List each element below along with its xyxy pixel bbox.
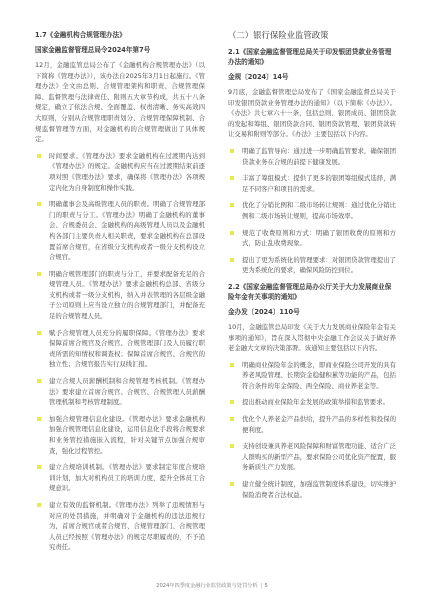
footer-title: 2024年四季度金融行业监管政策与处罚分析 (156, 583, 257, 589)
list-item: 建立合规人员薪酬机制和合规管理考核机制。《管理办法》要求建立首席合规官、合规官、… (35, 376, 205, 408)
list-item: 优化个人养老金产品供给，提升产品的多样性和投保的便利度。 (228, 414, 396, 435)
section-title: （二）银行保险业监管政策 (228, 30, 396, 41)
list-item: 规范了收费原则和方式：明确了银团收费的原则和方式，防止乱收费现象。 (228, 228, 396, 249)
bullet-square-icon (37, 154, 41, 158)
bullet-square-icon (230, 203, 234, 207)
list-item: 明确董事会及高级管理人员的职责。明确了合规管理部门的职责与分工。《管理办法》明确… (35, 199, 205, 263)
bullet-square-icon (37, 379, 41, 383)
list-item: 时间要求。《管理办法》要求金融机构在过渡期内达到《管理办法》的规定。金融机构应当… (35, 151, 205, 193)
item-title-1-7: 1.7《金融机构合规管理办法》 (35, 30, 205, 40)
bullet-square-icon (230, 417, 234, 421)
list-item: 提出推动商业保险年金发展的政策举措和监管要求。 (228, 397, 396, 408)
list-item: 支持创设兼具养老风险保障和财富管理功能、适合广泛人群购买的新型产品，要求保险公司… (228, 441, 396, 473)
bullet-square-icon (230, 363, 234, 367)
bullet-square-icon (37, 331, 41, 335)
list-item: 提出了更为系统化的管理要求：对银团贷款管理提出了更为系统化的要求，确保风险防控到… (228, 255, 396, 276)
bullet-list-1-7: 时间要求。《管理办法》要求金融机构在过渡期内达到《管理办法》的规定。金融机构应当… (35, 151, 205, 553)
bullet-list-2-2: 明确商业保险年金的概念，即商业保险公司开发的具有养老风险管理、长期资金稳健积累等… (228, 360, 396, 501)
list-item: 赋予合规管理人员充分的履职保障。《管理办法》要求保障首席合规官及合规官、合规管理… (35, 328, 205, 370)
bullet-square-icon (230, 444, 234, 448)
list-item: 明确合规管理部门的职责与分工，并要求配备充足的合规管理人员。《管理办法》要求金融… (35, 269, 205, 322)
page-footer: 2024年四季度金融行业监管政策与处罚分析5 (0, 582, 424, 589)
page-number: 5 (265, 583, 268, 589)
intro-paragraph-1-7: 12月，金融监管总局公布了《金融机构合规管理办法》（以下简称《管理办法》），该办… (35, 60, 205, 145)
bullet-square-icon (230, 176, 234, 180)
intro-paragraph-2-2: 10月，金融监管总局印发《关于大力发展商业保险年金有关事项的通知》，旨在深入贯彻… (228, 322, 396, 354)
bullet-square-icon (230, 258, 234, 262)
item-title-2-1: 2.1《国家金融监督管理总局关于印发银团贷款业务管理办法的通知》 (228, 47, 396, 67)
right-column: （二）银行保险业监管政策 2.1《国家金融监督管理总局关于印发银团贷款业务管理办… (228, 30, 396, 506)
list-item: 优化了分销比例和二级市场转让规则：通过优化分销比例和二级市场转让规则，提高市场效… (228, 200, 396, 221)
item-title-2-2: 2.2《国家金融监督管理总局办公厅关于大力发展商业保险年金有关事项的通知》 (228, 282, 396, 302)
list-item: 明确商业保险年金的概念，即商业保险公司开发的具有养老风险管理、长期资金稳健积累等… (228, 360, 396, 392)
doc-number-1-7: 国家金融监督管理总局令2024年第7号 (35, 45, 205, 55)
left-column: 1.7《金融机构合规管理办法》 国家金融监督管理总局令2024年第7号 12月，… (35, 30, 205, 559)
bullet-list-2-1: 明确了监管导向：通过进一步明确监管要求，确保银团贷款业务在合规的前提下健康发展。… (228, 146, 396, 276)
list-item: 建立合规培训机制。《管理办法》要求制定年度合规培训计划，加大对机构员工的培训力度… (35, 462, 205, 494)
bullet-square-icon (37, 272, 41, 276)
list-item: 加强合规管理信息化建设。《管理办法》要求金融机构加强合规管理信息化建设，运用信息… (35, 414, 205, 456)
bullet-square-icon (230, 149, 234, 153)
list-item: 明确了监管导向：通过进一步明确监管要求，确保银团贷款业务在合规的前提下健康发展。 (228, 146, 396, 167)
list-item: 丰富了筹组模式：提供了更多的银团筹组模式选择，满足不同客户和项目的需求。 (228, 173, 396, 194)
bullet-square-icon (230, 400, 234, 404)
bullet-square-icon (37, 202, 41, 206)
doc-number-2-2: 金办发〔2024〕110号 (228, 307, 396, 317)
bullet-square-icon (37, 465, 41, 469)
list-item: 建立健全统计制度，加强监管制度体系建设，切实维护保险消费者合法权益。 (228, 479, 396, 500)
bullet-square-icon (37, 417, 41, 421)
doc-number-2-1: 金规〔2024〕14号 (228, 72, 396, 82)
list-item: 建立有效的监督机制。《管理办法》列举了违规情形与对应的处罚措施，并明确对于金融机… (35, 500, 205, 553)
bullet-square-icon (37, 503, 41, 507)
bullet-square-icon (230, 482, 234, 486)
bullet-square-icon (230, 231, 234, 235)
footer-separator (261, 583, 262, 589)
intro-paragraph-2-1: 9月底，金融监督管理总局发布了《国家金融监督总局关于印发银团贷款业务管理办法的通… (228, 87, 396, 140)
